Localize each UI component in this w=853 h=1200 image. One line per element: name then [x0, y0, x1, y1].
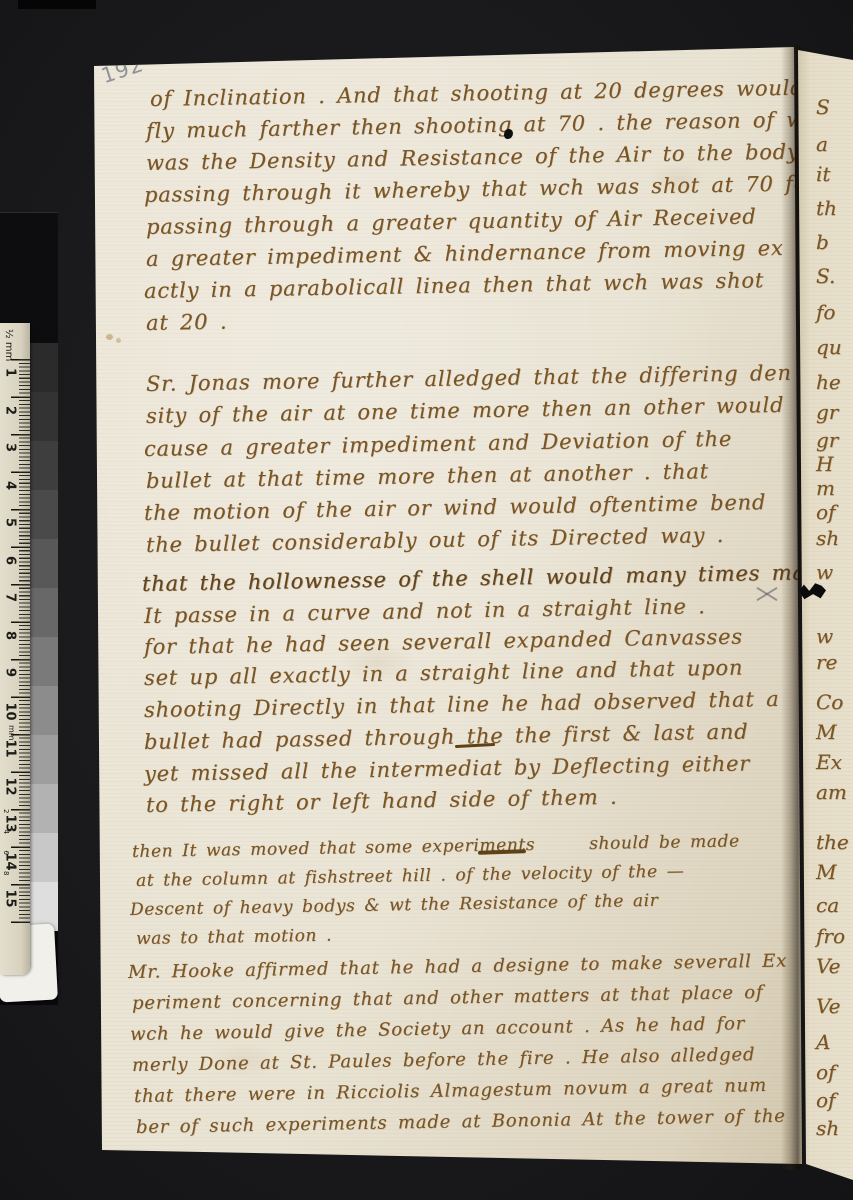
- ruler-number: 11: [3, 740, 18, 756]
- grayscale-step: [30, 784, 58, 833]
- grayscale-step: [30, 588, 58, 637]
- manuscript-line: passing through a greater quantity of Ai…: [146, 204, 757, 239]
- manuscript-line: set up all exactly in a straight line an…: [144, 656, 744, 690]
- manuscript-line: for that he had seen severall expanded C…: [144, 625, 743, 659]
- facing-page-line-fragment: it: [816, 162, 830, 186]
- facing-page-line-fragment: a: [816, 132, 828, 156]
- facing-page-line-fragment: m: [816, 476, 835, 500]
- grayscale-step: [30, 490, 58, 539]
- manuscript-line: sity of the air at one time more then an…: [146, 393, 785, 428]
- facing-page-line-fragment: qu: [816, 335, 842, 359]
- ruler-number: 1: [3, 365, 18, 381]
- facing-page-line-fragment: fo: [816, 300, 835, 324]
- facing-page-line-fragment: Ex: [816, 750, 842, 774]
- black-card-edge: [18, 0, 96, 9]
- page-stain: [116, 338, 121, 343]
- grayscale-step: [30, 392, 58, 441]
- facing-page-line-fragment: A: [816, 1030, 830, 1054]
- facing-page-line-fragment: of: [816, 500, 835, 524]
- ruler-number: 4: [3, 478, 18, 494]
- manuscript-line: that there were in Ricciolis Almagestum …: [134, 1075, 767, 1107]
- facing-page-line-fragment: fro: [816, 924, 845, 948]
- manuscript-line: then It was moved that some experiments …: [132, 831, 740, 862]
- calibration-card: ½ mm 1 2 3 4 5 6 7 8 9 10 mm 11 12 13 14…: [0, 212, 58, 1005]
- facing-page-line-fragment: am: [816, 780, 847, 804]
- facing-page-line-fragment: gr: [816, 400, 838, 424]
- page-stain: [338, 642, 418, 682]
- ruler: ½ mm 1 2 3 4 5 6 7 8 9 10 mm 11 12 13 14…: [0, 323, 30, 975]
- ink-blot-over-numeral: [504, 129, 513, 139]
- facing-page-line-fragment: sh: [816, 526, 839, 550]
- ruler-number: 6: [3, 553, 18, 569]
- ruler-number: 15: [3, 890, 18, 906]
- manuscript-line: Sr. Jonas more further alledged that the…: [146, 361, 792, 396]
- manuscript-line: Mr. Hooke affirmed that he had a designe…: [128, 950, 787, 983]
- manuscript-line: actly in a parabolicall linea then that …: [144, 268, 764, 303]
- manuscript-line: cause a greater impediment and Deviation…: [144, 427, 732, 461]
- manuscript-line: passing through it whereby that wch was …: [144, 171, 830, 207]
- facing-page-line-fragment: re: [816, 650, 837, 674]
- facing-page-line-fragment: M: [816, 860, 836, 884]
- manuscript-line: bullet at that time more then at another…: [146, 459, 709, 493]
- ruler-number: 5: [3, 515, 18, 531]
- grayscale-strip: [30, 343, 58, 931]
- facing-page-line-fragment: S.: [816, 264, 835, 288]
- manuscript-page: 192 of Inclination . And that shooting a…: [88, 42, 802, 1170]
- manuscript-line: a greater impediment & hindernance from …: [146, 236, 784, 271]
- manuscript-line: at the column at fishstreet hill . of th…: [136, 861, 685, 891]
- ruler-number: 7: [3, 590, 18, 606]
- facing-page-line-fragment: th: [816, 196, 837, 220]
- manuscript-line: was to that motion .: [136, 926, 332, 949]
- manuscript-line: It passe in a curve and not in a straigh…: [144, 594, 706, 628]
- ruler-mm-label: mm: [7, 725, 16, 741]
- grayscale-step: [30, 441, 58, 490]
- manuscript-line: the motion of the air or wind would ofte…: [144, 490, 767, 525]
- manuscript-line: fly much farther then shooting at 70 . t…: [146, 107, 832, 143]
- grayscale-step: [30, 343, 58, 392]
- ruler-number: 2: [3, 403, 18, 419]
- manuscript-line: yet missed all the intermediat by Deflec…: [144, 751, 751, 786]
- folio-number: 192: [98, 52, 146, 88]
- ruler-number: 8: [3, 628, 18, 644]
- page-stain: [648, 162, 708, 196]
- facing-page-line-fragment: w: [816, 560, 833, 584]
- facing-page-line-fragment: w: [816, 624, 833, 648]
- facing-page-line-fragment: S: [816, 95, 830, 119]
- grayscale-step: [30, 539, 58, 588]
- manuscript-line: ber of such experiments made at Bononia …: [136, 1106, 786, 1138]
- ruler-number: 12: [3, 778, 18, 794]
- grayscale-step: [30, 637, 58, 686]
- ruler-unit-label: ½ mm: [3, 329, 14, 361]
- manuscript-line: bullet had passed through the the first …: [144, 719, 749, 754]
- manuscript-line: shooting Directly in that line he had ob…: [144, 687, 780, 722]
- manuscript-line: periment concerning that and other matte…: [132, 982, 764, 1014]
- manuscript-line: of Inclination . And that shooting at 20…: [150, 76, 805, 111]
- facing-page-line-fragment: Ve: [816, 954, 840, 978]
- facing-page-line-fragment: Ve: [816, 994, 840, 1018]
- facing-page-line-fragment: of: [816, 1060, 835, 1084]
- facing-page-line-fragment: he: [816, 370, 841, 394]
- page-stain: [106, 334, 113, 340]
- manuscript-line: Descent of heavy bodys & wt the Resistan…: [130, 891, 659, 920]
- page-stain: [208, 1042, 278, 1078]
- grayscale-step: [30, 735, 58, 784]
- grayscale-step: [30, 833, 58, 882]
- ruler-number: 10: [3, 703, 18, 719]
- facing-page-line-fragment: Co: [816, 690, 843, 714]
- facing-page-line-fragment: gr: [816, 428, 838, 452]
- manuscript-line: to the right or left hand side of them .: [146, 785, 618, 817]
- manuscript-line: the bullet considerably out of its Direc…: [146, 523, 725, 557]
- ruler-fine-ticks: [19, 359, 30, 925]
- facing-page-line-fragment: b: [816, 230, 829, 254]
- photograph-stage: ½ mm 1 2 3 4 5 6 7 8 9 10 mm 11 12 13 14…: [0, 0, 853, 1200]
- pencil-x-mark: [755, 583, 779, 605]
- facing-page-line-fragment: the: [816, 830, 849, 854]
- facing-page-line-fragment: of: [816, 1088, 835, 1112]
- manuscript-line: that the hollownesse of the shell would …: [142, 560, 833, 596]
- facing-page-line-fragment: sh: [816, 1116, 839, 1140]
- manuscript-line: at 20 .: [146, 310, 228, 335]
- manuscript-line: wch he would give the Society an account…: [130, 1013, 745, 1045]
- facing-page-line-fragment: ca: [816, 893, 839, 917]
- grayscale-step: [30, 686, 58, 735]
- facing-page-line-fragment: H: [816, 452, 833, 476]
- ruler-number: 3: [3, 440, 18, 456]
- facing-page-line-fragment: M: [816, 720, 836, 744]
- ruler-sub-scale: 2 4 6 8: [2, 809, 10, 883]
- ruler-number: 9: [3, 665, 18, 681]
